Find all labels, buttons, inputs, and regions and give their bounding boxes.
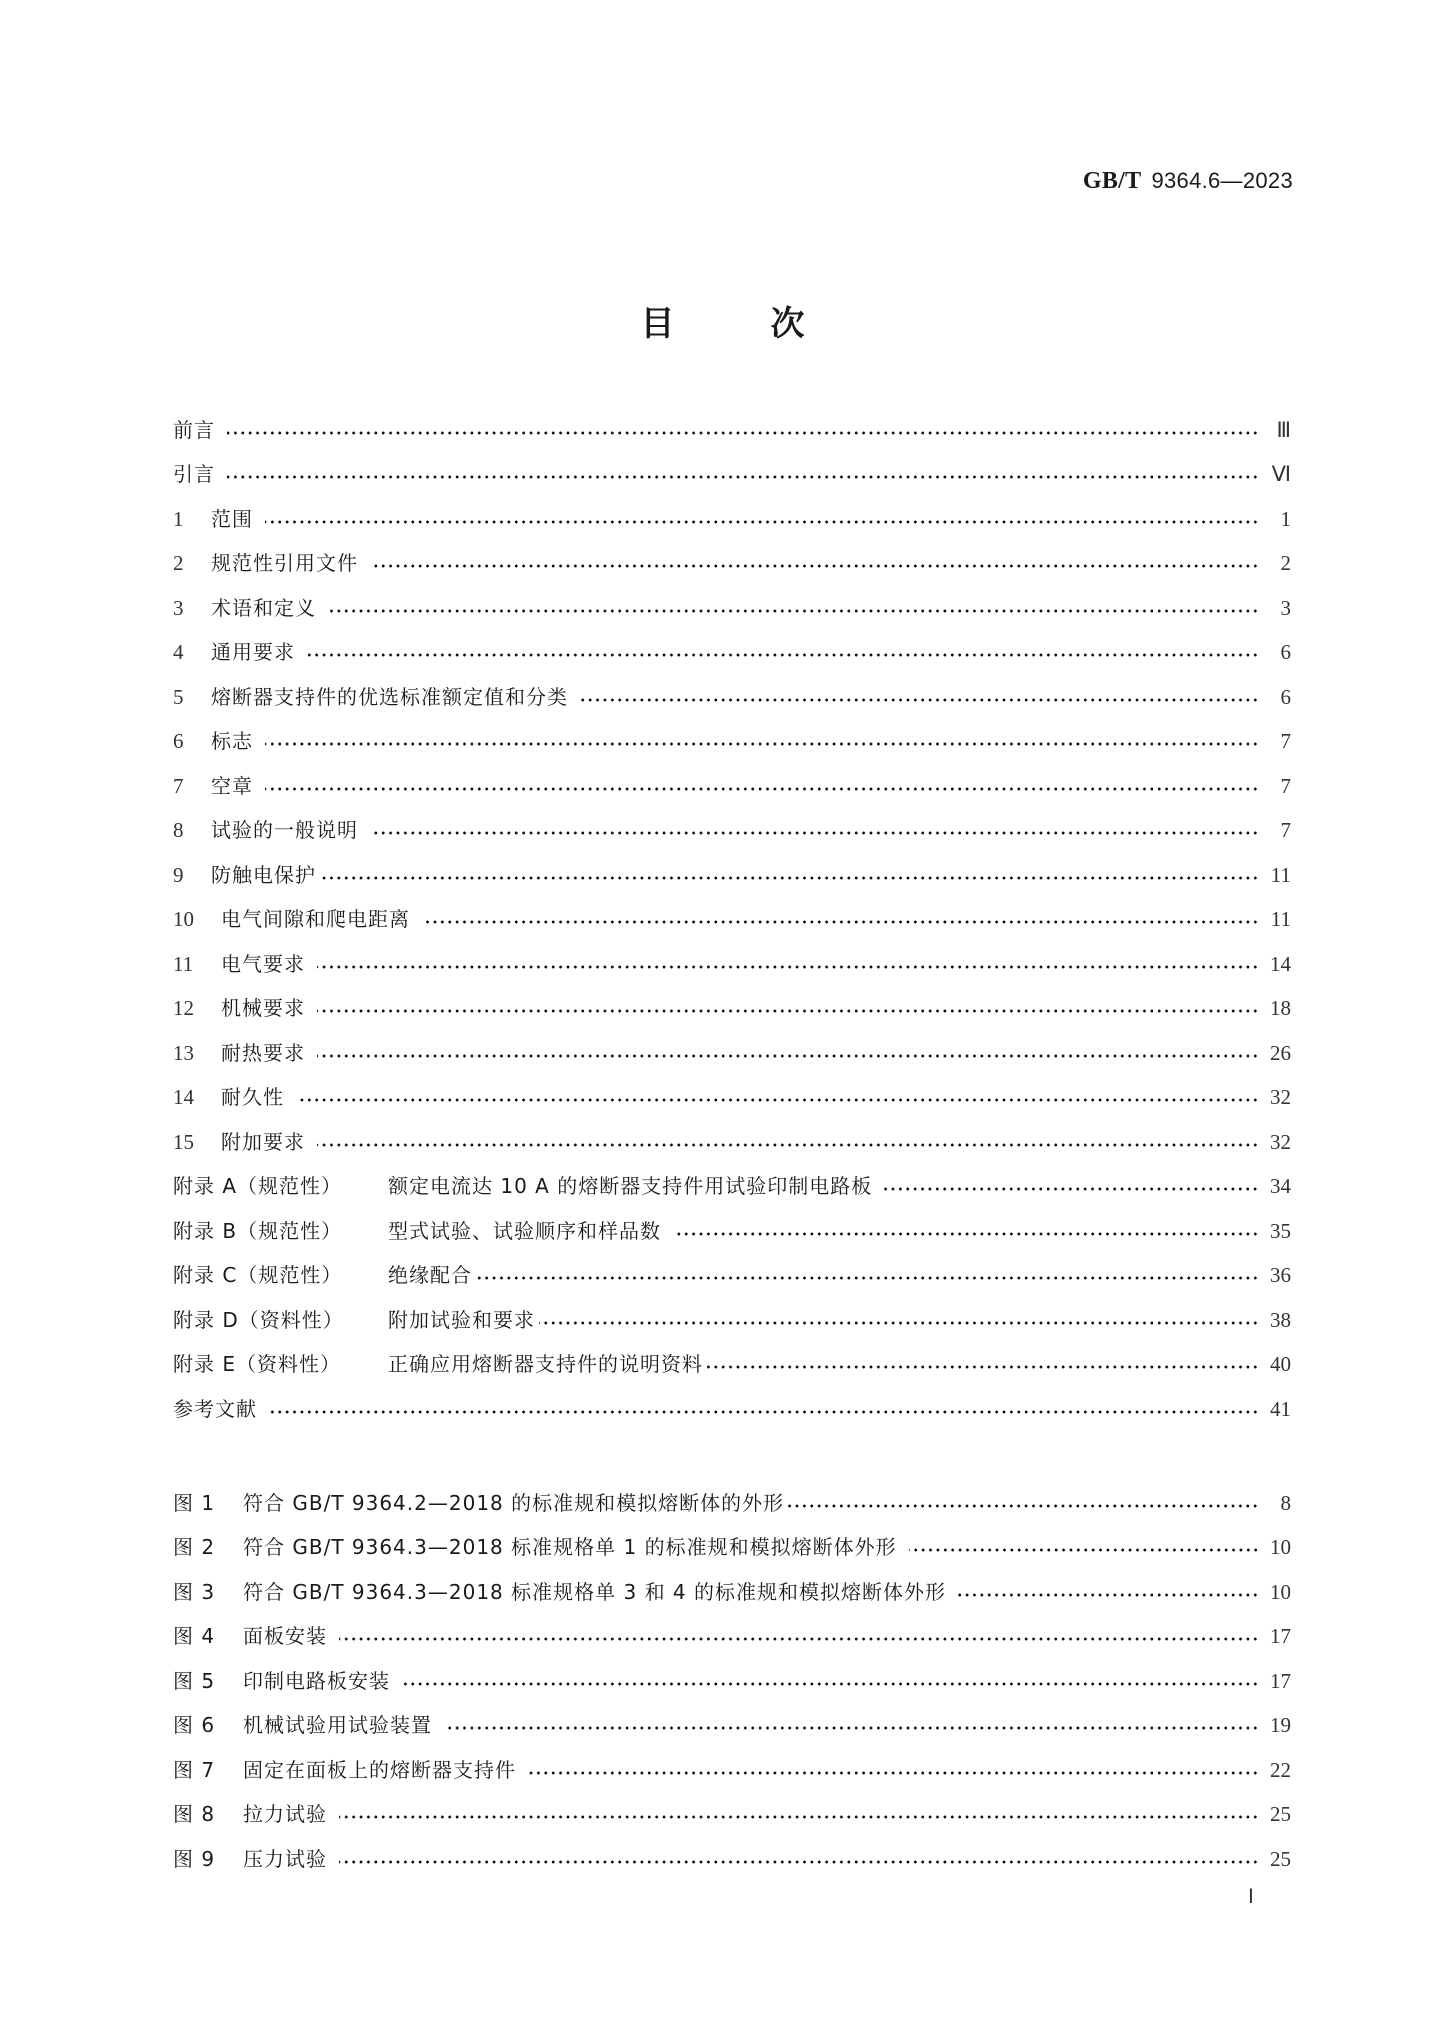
dot-leader — [317, 1009, 1259, 1013]
toc-entry-label: 范围 — [211, 504, 253, 534]
dot-leader — [339, 1815, 1259, 1819]
toc-entry-page: 3 — [1269, 593, 1291, 623]
toc-entry-clause-2[interactable]: 2 规范性引用文件 2 — [173, 548, 1291, 578]
toc-entry-page: Ⅵ — [1269, 459, 1291, 489]
toc-entry-clause-10[interactable]: 10 电气间隙和爬电距离 11 — [173, 904, 1291, 934]
toc-entry-clause-4[interactable]: 4 通用要求 6 — [173, 637, 1291, 667]
toc-entry-clause-15[interactable]: 15 附加要求 32 — [173, 1127, 1291, 1157]
toc-entry-page: 11 — [1269, 904, 1291, 934]
toc-entry-number: 3 — [173, 593, 211, 623]
toc-entry-number: 9 — [173, 860, 211, 890]
dot-leader — [528, 1771, 1259, 1775]
toc-figure-number: 图 3 — [173, 1577, 243, 1607]
dot-leader — [296, 1098, 1259, 1102]
toc-entry-figure-9[interactable]: 图 9 压力试验 25 — [173, 1844, 1291, 1874]
toc-entry-page: 7 — [1269, 726, 1291, 756]
toc-entry-number: 12 — [173, 993, 221, 1023]
toc-entry-label: 正确应用熔断器支持件的说明资料 — [388, 1349, 703, 1379]
toc-entry-annex-e[interactable]: 附录 E（资料性） 正确应用熔断器支持件的说明资料 40 — [173, 1349, 1291, 1379]
toc-entry-page: 32 — [1269, 1082, 1291, 1112]
toc-entry-figure-4[interactable]: 图 4 面板安装 17 — [173, 1621, 1291, 1651]
toc-entry-label: 试验的一般说明 — [211, 815, 358, 845]
toc-entry-figure-5[interactable]: 图 5 印制电路板安装 17 — [173, 1666, 1291, 1696]
toc-entry-clause-13[interactable]: 13 耐热要求 26 — [173, 1038, 1291, 1068]
toc-entry-page: 36 — [1269, 1260, 1291, 1290]
toc-annex-prefix: 附录 A（规范性） — [173, 1171, 388, 1201]
toc-entry-number: 15 — [173, 1127, 221, 1157]
toc-entry-label: 附加要求 — [221, 1127, 305, 1157]
toc-entry-page: 6 — [1269, 682, 1291, 712]
toc-entry-preface[interactable]: 前言 Ⅲ — [173, 415, 1291, 445]
dot-leader — [539, 1321, 1259, 1325]
dot-leader — [370, 831, 1259, 835]
dot-leader — [444, 1726, 1259, 1730]
toc-entry-label: 术语和定义 — [211, 593, 316, 623]
toc-entry-clause-9[interactable]: 9 防触电保护 11 — [173, 860, 1291, 890]
standard-number: 9364.6—2023 — [1151, 168, 1293, 193]
toc-entry-page: 25 — [1269, 1799, 1291, 1829]
toc-entry-page: 18 — [1269, 993, 1291, 1023]
dot-leader — [786, 1504, 1259, 1508]
toc-entry-page: 41 — [1269, 1394, 1291, 1424]
toc-entry-clause-8[interactable]: 8 试验的一般说明 7 — [173, 815, 1291, 845]
toc-entry-label: 通用要求 — [211, 637, 295, 667]
dot-leader — [269, 1410, 1259, 1414]
dot-leader — [339, 1637, 1259, 1641]
toc-entry-bibliography[interactable]: 参考文献 41 — [173, 1394, 1291, 1424]
toc-entry-label: 面板安装 — [243, 1621, 327, 1651]
toc-entry-label: 附加试验和要求 — [388, 1305, 535, 1335]
toc-entry-annex-a[interactable]: 附录 A（规范性） 额定电流达 10 A 的熔断器支持件用试验印制电路板 34 — [173, 1171, 1291, 1201]
toc-entry-page: 17 — [1269, 1666, 1291, 1696]
toc-entry-label: 电气间隙和爬电距离 — [221, 904, 410, 934]
toc-entry-figure-2[interactable]: 图 2 符合 GB/T 9364.3—2018 标准规格单 1 的标准规和模拟熔… — [173, 1532, 1291, 1562]
toc-entry-figure-6[interactable]: 图 6 机械试验用试验装置 19 — [173, 1710, 1291, 1740]
dot-leader — [422, 920, 1259, 924]
toc-entry-clause-7[interactable]: 7 空章 7 — [173, 771, 1291, 801]
toc-entry-label: 机械试验用试验装置 — [243, 1710, 432, 1740]
dot-leader — [317, 1143, 1259, 1147]
dot-leader — [707, 1365, 1259, 1369]
toc-figure-number: 图 4 — [173, 1621, 243, 1651]
toc-entry-number: 5 — [173, 682, 211, 712]
dot-leader — [265, 787, 1259, 791]
toc-entry-page: 14 — [1269, 949, 1291, 979]
dot-leader — [909, 1548, 1259, 1552]
standard-prefix: GB/T — [1083, 168, 1142, 194]
toc-entry-clause-5[interactable]: 5 熔断器支持件的优选标准额定值和分类 6 — [173, 682, 1291, 712]
dot-leader — [958, 1593, 1259, 1597]
toc-entry-clause-6[interactable]: 6 标志 7 — [173, 726, 1291, 756]
toc-entry-label: 印制电路板安装 — [243, 1666, 390, 1696]
toc-entry-label: 参考文献 — [173, 1394, 257, 1424]
toc-entry-number: 13 — [173, 1038, 221, 1068]
toc-entry-label: 拉力试验 — [243, 1799, 327, 1829]
toc-figure-number: 图 8 — [173, 1799, 243, 1829]
toc-entry-figure-8[interactable]: 图 8 拉力试验 25 — [173, 1799, 1291, 1829]
dot-leader — [884, 1187, 1259, 1191]
dot-leader — [476, 1276, 1259, 1280]
toc-entry-page: 8 — [1269, 1488, 1291, 1518]
toc-entry-page: 38 — [1269, 1305, 1291, 1335]
toc-entry-page: 2 — [1269, 548, 1291, 578]
dot-leader — [317, 1054, 1259, 1058]
toc-entry-label: 固定在面板上的熔断器支持件 — [243, 1755, 516, 1785]
page-title: 目次 — [0, 296, 1445, 345]
toc-entry-figure-1[interactable]: 图 1 符合 GB/T 9364.2—2018 的标准规和模拟熔断体的外形 8 — [173, 1488, 1291, 1518]
dot-leader — [265, 520, 1259, 524]
toc-entry-label: 标志 — [211, 726, 253, 756]
toc-entry-page: 40 — [1269, 1349, 1291, 1379]
toc-entry-number: 1 — [173, 504, 211, 534]
dot-leader — [265, 742, 1259, 746]
toc-entry-label: 熔断器支持件的优选标准额定值和分类 — [211, 682, 568, 712]
toc-entry-number: 11 — [173, 949, 221, 979]
dot-leader — [227, 475, 1259, 479]
standard-code: GB/T9364.6—2023 — [1083, 168, 1293, 195]
toc-annex-prefix: 附录 D（资料性） — [173, 1305, 388, 1335]
toc-entry-number: 6 — [173, 726, 211, 756]
toc-entry-label: 规范性引用文件 — [211, 548, 358, 578]
toc-entry-label: 前言 — [173, 415, 215, 445]
toc-entry-label: 符合 GB/T 9364.2—2018 的标准规和模拟熔断体的外形 — [243, 1488, 784, 1518]
toc-entry-page: 7 — [1269, 771, 1291, 801]
toc-entry-label: 绝缘配合 — [388, 1260, 472, 1290]
toc-entry-page: 1 — [1269, 504, 1291, 534]
dot-leader — [328, 609, 1259, 613]
toc-entry-page: Ⅲ — [1269, 415, 1291, 445]
toc-entry-label: 压力试验 — [243, 1844, 327, 1874]
dot-leader — [402, 1682, 1259, 1686]
toc-annex-prefix: 附录 C（规范性） — [173, 1260, 388, 1290]
toc-entry-figure-7[interactable]: 图 7 固定在面板上的熔断器支持件 22 — [173, 1755, 1291, 1785]
toc-entry-label: 耐热要求 — [221, 1038, 305, 1068]
toc-entry-page: 17 — [1269, 1621, 1291, 1651]
toc-entry-label: 引言 — [173, 459, 215, 489]
dot-leader — [318, 876, 1259, 880]
toc-figure-number: 图 6 — [173, 1710, 243, 1740]
toc-entry-introduction[interactable]: 引言 Ⅵ — [173, 459, 1291, 489]
toc-entry-label: 防触电保护 — [211, 860, 316, 890]
toc-entry-label: 电气要求 — [221, 949, 305, 979]
dot-leader — [307, 653, 1259, 657]
toc-annex-prefix: 附录 B（规范性） — [173, 1216, 388, 1246]
toc-entry-clause-12[interactable]: 12 机械要求 18 — [173, 993, 1291, 1023]
toc-annex-prefix: 附录 E（资料性） — [173, 1349, 388, 1379]
toc-entry-clause-3[interactable]: 3 术语和定义 3 — [173, 593, 1291, 623]
toc-entry-label: 符合 GB/T 9364.3—2018 标准规格单 1 的标准规和模拟熔断体外形 — [243, 1532, 897, 1562]
toc-entry-label: 额定电流达 10 A 的熔断器支持件用试验印制电路板 — [388, 1171, 872, 1201]
dot-leader — [339, 1860, 1259, 1864]
toc-figure-number: 图 9 — [173, 1844, 243, 1874]
toc-entry-page: 34 — [1269, 1171, 1291, 1201]
toc-entry-page: 10 — [1269, 1577, 1291, 1607]
toc-entry-number: 2 — [173, 548, 211, 578]
toc-entry-clause-14[interactable]: 14 耐久性 32 — [173, 1082, 1291, 1112]
toc-entry-page: 10 — [1269, 1532, 1291, 1562]
toc-figure-number: 图 2 — [173, 1532, 243, 1562]
toc-figure-number: 图 1 — [173, 1488, 243, 1518]
toc-entry-annex-b[interactable]: 附录 B（规范性） 型式试验、试验顺序和样品数 35 — [173, 1216, 1291, 1246]
toc-entry-label: 耐久性 — [221, 1082, 284, 1112]
toc-entry-number: 4 — [173, 637, 211, 667]
toc-entry-annex-d[interactable]: 附录 D（资料性） 附加试验和要求 38 — [173, 1305, 1291, 1335]
toc-entry-clause-1[interactable]: 1 范围 1 — [173, 504, 1291, 534]
toc-entry-page: 7 — [1269, 815, 1291, 845]
toc-entry-page: 11 — [1269, 860, 1291, 890]
toc-entry-page: 26 — [1269, 1038, 1291, 1068]
dot-leader — [227, 431, 1259, 435]
toc-entry-clause-11[interactable]: 11 电气要求 14 — [173, 949, 1291, 979]
toc-entry-number: 8 — [173, 815, 211, 845]
dot-leader — [317, 965, 1259, 969]
toc-entry-number: 7 — [173, 771, 211, 801]
toc-entry-label: 符合 GB/T 9364.3—2018 标准规格单 3 和 4 的标准规和模拟熔… — [243, 1577, 946, 1607]
toc-entry-page: 32 — [1269, 1127, 1291, 1157]
toc-entry-figure-3[interactable]: 图 3 符合 GB/T 9364.3—2018 标准规格单 3 和 4 的标准规… — [173, 1577, 1291, 1607]
toc-entry-page: 22 — [1269, 1755, 1291, 1785]
toc-entry-page: 19 — [1269, 1710, 1291, 1740]
toc-figure-number: 图 5 — [173, 1666, 243, 1696]
page-number: Ⅰ — [1248, 1884, 1254, 1909]
toc-entry-annex-c[interactable]: 附录 C（规范性） 绝缘配合 36 — [173, 1260, 1291, 1290]
toc-entry-number: 14 — [173, 1082, 221, 1112]
dot-leader — [370, 564, 1259, 568]
toc-entry-label: 型式试验、试验顺序和样品数 — [388, 1216, 661, 1246]
toc-entry-page: 25 — [1269, 1844, 1291, 1874]
toc-entry-label: 机械要求 — [221, 993, 305, 1023]
dot-leader — [580, 698, 1259, 702]
dot-leader — [673, 1232, 1259, 1236]
toc-entry-number: 10 — [173, 904, 221, 934]
toc-entry-page: 6 — [1269, 637, 1291, 667]
toc-entry-page: 35 — [1269, 1216, 1291, 1246]
toc-entry-label: 空章 — [211, 771, 253, 801]
toc-figure-number: 图 7 — [173, 1755, 243, 1785]
